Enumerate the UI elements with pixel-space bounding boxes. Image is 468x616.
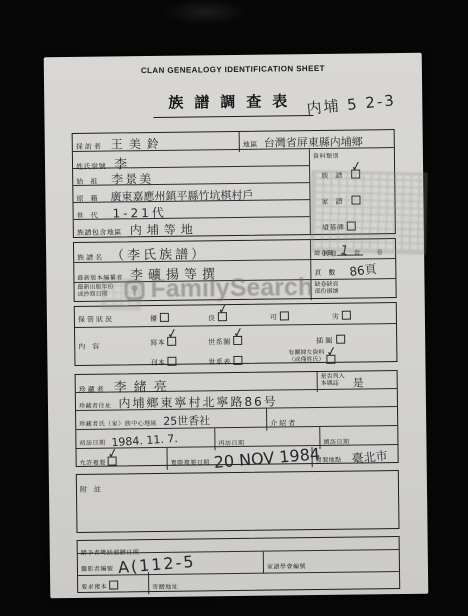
- content-option-sublabel: （或僅姓氏）: [288, 357, 324, 363]
- copy-date-cell: 實際複製日期 20 NOV 1984: [166, 446, 311, 470]
- listed-label-line1: 是否列入: [321, 374, 345, 380]
- interviewer-label: 採訪者: [76, 143, 103, 151]
- checkbox-box-icon: ✓: [233, 356, 242, 365]
- region-value: 台灣省屏東縣内埔鄉: [264, 135, 363, 149]
- content-option-printed: 刊本✓: [147, 349, 205, 370]
- society-number-label: 家譜學會編號: [267, 564, 306, 570]
- checkmark-icon: ✓: [325, 346, 338, 360]
- checkbox-box-icon: ✓: [341, 311, 350, 320]
- listed-label-line2: 本縣誌: [321, 381, 339, 387]
- copy-permission-label: 允許複製: [80, 460, 106, 466]
- notes-cell: 附註: [77, 471, 398, 497]
- content-option-label: 刊本: [150, 359, 165, 367]
- content-option-lineage-chart: 世系圖✓: [205, 328, 285, 349]
- condition-option-label: 優: [150, 315, 158, 323]
- listed-value: 是: [353, 376, 364, 389]
- checkmark-icon: ✓: [232, 327, 245, 341]
- missing-pages-cell: 缺卷缺頁 部份損壞: [310, 279, 395, 300]
- material-option-label: 家譜: [321, 198, 349, 206]
- material-option-label: 墳墓碑: [322, 224, 345, 232]
- interviewer-value: 王美鈴: [111, 137, 165, 152]
- first-visit-label: 初訪日期: [79, 441, 105, 447]
- coverage-cell: 族譜包含地區 内埔等地: [74, 217, 310, 237]
- coverage-value: 内埔等地: [130, 222, 198, 237]
- condition-option-label: 劣: [332, 313, 340, 321]
- checkbox-box-icon: ✓: [326, 355, 335, 364]
- microfilm-scan: { "header": { "film_label": "CLAN GENEAL…: [0, 0, 468, 616]
- condition-option-you: 優✓: [147, 305, 205, 326]
- send-address-cell: 寄贈地址: [148, 569, 399, 594]
- condition-option-ke: 可✓: [267, 304, 329, 325]
- content-option-label: 世系表: [208, 358, 231, 366]
- pages-label: 頁數: [314, 269, 342, 277]
- material-option-tombstone: 墳墓碑✓: [322, 216, 392, 235]
- volumes-count-value: 1: [338, 243, 349, 259]
- checkbox-box-icon: ✓: [109, 580, 118, 589]
- condition-option-lie: 劣✓: [329, 304, 354, 324]
- holder-address-label: 珍藏者住址: [79, 404, 112, 410]
- condition-option-label: 可: [270, 313, 278, 321]
- checkbox-box-icon: ✓: [167, 337, 176, 346]
- content-label: 内容: [78, 343, 106, 351]
- pubdate-cell: 最新出版年份 或抄寫日期: [74, 280, 310, 305]
- checkbox-box-icon: ✓: [108, 456, 117, 465]
- identity-section: 採訪者 王美鈴 地區 台灣省屏東縣内埔鄉 姓氏堂號 李 始祖 李景美 原籍: [72, 129, 396, 238]
- missing-label-line2: 部份損壞: [315, 289, 339, 295]
- content-option-label: 寫本: [150, 339, 165, 347]
- content-option-label: 有關婦女資料: [288, 350, 324, 356]
- handwritten-film-note: 内埔 5 2-3: [305, 89, 396, 119]
- condition-label-cell: 保管狀況: [75, 306, 147, 327]
- checkmark-icon: ✓: [166, 328, 179, 342]
- material-option-label: 族譜: [321, 172, 349, 180]
- copy-request-cell: 要求複本✓: [78, 573, 148, 594]
- pubdate-label-line1: 最新出版年份: [77, 284, 113, 290]
- copy-date-value: 20 NOV 1984: [213, 444, 321, 472]
- checkbox-box-icon: ✓: [279, 311, 288, 320]
- genealogy-form-sheet: CLAN GENEALOGY IDENTIFICATION SHEET 族譜調查…: [44, 53, 429, 599]
- follow-up-visit-label: 續訪日期: [323, 440, 349, 446]
- content-option-lineage-table: 世系表✓: [205, 348, 285, 369]
- checkbox-box-icon: ✓: [217, 312, 226, 321]
- notes-section: 附註: [76, 470, 400, 533]
- volumes-unit-tao: 套: [354, 250, 361, 256]
- checkmark-icon: ✓: [107, 447, 120, 461]
- filmer-number-label: 攝影者編號: [81, 566, 114, 572]
- copy-place-cell: 複製地點 臺北市: [311, 446, 397, 467]
- admin-section: 贈予者獎狀頒贈日期 攝影者編號 A(112-5 家譜學會編號 要求複本✓ 寄贈地…: [77, 536, 401, 593]
- content-option-label: 世系圖: [208, 338, 231, 346]
- checkbox-box-icon: ✓: [159, 313, 168, 322]
- condition-option-liang: 良✓: [205, 305, 267, 326]
- checkbox-box-icon: ✓: [167, 357, 176, 366]
- volumes-count-label: 總卷數: [314, 251, 334, 257]
- content-label-cell: 内容: [75, 327, 147, 354]
- checkbox-box-icon: ✓: [336, 335, 345, 344]
- clan-center-label: 珍藏者氏（家）族中心地區: [79, 421, 157, 428]
- condition-section: 保管狀況 優✓ 良✓ 可✓ 劣✓ 内容 寫本✓: [74, 302, 398, 366]
- content-option-manuscript: 寫本✓: [147, 329, 205, 350]
- copy-place-value: 臺北市: [351, 446, 389, 466]
- clan-center-value: 25世香社: [163, 414, 210, 428]
- form-title: 族譜調查表: [153, 90, 313, 118]
- missing-label-line1: 缺卷缺頁: [314, 282, 338, 288]
- pubdate-label-line2: 或抄寫日期: [78, 292, 108, 298]
- holder-section: 珍藏者 李緒亮 是否列入 本縣誌 是 珍藏者住址 内埔鄉東寧村北寧路86号 珍藏…: [75, 370, 399, 467]
- copy-request-label: 要求複本: [81, 585, 107, 591]
- checkbox-box-icon: ✓: [233, 336, 242, 345]
- region-label: 地區: [243, 141, 258, 149]
- coverage-label: 族譜包含地區: [77, 228, 122, 237]
- pages-value: 86頁: [348, 260, 377, 280]
- volume-title-label: 族譜名: [77, 254, 104, 262]
- volume-section: 族譜名 （李氏族譜） 總卷數 1 套 卷 最新版本編纂者 李礦揚等撰 頁數 86…: [73, 238, 397, 302]
- pages-cell: 頁數 86頁: [310, 259, 395, 280]
- material-option-jiapu: 家譜✓: [321, 190, 391, 209]
- checkbox-box-icon: ✓: [346, 222, 355, 231]
- material-option-zupu: 族譜✓: [321, 164, 391, 183]
- checkbox-box-icon: ✓: [351, 195, 360, 204]
- send-address-label: 寄贈地址: [152, 585, 178, 591]
- material-type-label: 資料類別: [313, 150, 391, 160]
- english-form-title: CLAN GENEALOGY IDENTIFICATION SHEET: [44, 63, 422, 77]
- checkmark-icon: ✓: [216, 303, 229, 317]
- volumes-unit-juan: 卷: [376, 250, 383, 256]
- compiler-label: 最新版本編纂者: [77, 275, 123, 282]
- condition-option-label: 良: [208, 314, 216, 322]
- checkbox-box-icon: ✓: [351, 169, 360, 178]
- copy-permission-cell: 允許複製✓: [77, 448, 167, 469]
- volumes-count-cell: 總卷數 1 套 卷: [310, 239, 395, 260]
- condition-label: 保管狀況: [78, 315, 114, 323]
- copy-date-label: 實際複製日期: [171, 460, 210, 466]
- material-type-box: 資料類別 族譜✓ 家譜✓ 墳墓碑✓ 其他: [309, 148, 395, 234]
- content-option-women-data: 有關婦女資料 （或僅姓氏）✓: [285, 348, 338, 369]
- notes-label: 附註: [80, 486, 108, 494]
- checkmark-icon: ✓: [350, 161, 363, 175]
